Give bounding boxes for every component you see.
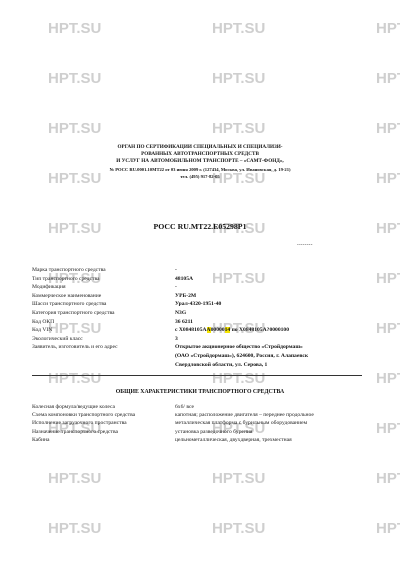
characteristics-row-purpose: Назначение транспортного средства устано…: [32, 428, 372, 436]
row-label: Кабина: [32, 436, 175, 444]
row-value: -: [175, 283, 372, 292]
row-label: Шасси транспортного средства: [32, 300, 175, 309]
certificate-number: РОСС RU.МТ22.Е05298Р1: [0, 222, 400, 231]
vehicle-row-type: Тип транспортного средства 48105А: [32, 275, 372, 284]
vehicle-row-okp-code: Код ОКП 36 6211: [32, 318, 372, 327]
section-title: ОБЩИЕ ХАРАКТЕРИСТИКИ ТРАНСПОРТНОГО СРЕДС…: [0, 389, 400, 395]
vehicle-row-brand: Марка транспортного средства -: [32, 266, 372, 275]
row-value: цельнометаллическая, двухдверная, трехме…: [175, 436, 372, 444]
vehicle-row-commercial-name: Коммерческое наименование УРБ-2М: [32, 292, 372, 301]
section-divider: [32, 375, 362, 376]
row-label: Колесная формула/ведущие колеса: [32, 403, 175, 411]
vin-part: с X0848105A: [175, 327, 207, 333]
row-value: -: [175, 266, 372, 275]
row-label: Модификация: [32, 283, 175, 292]
row-label: Марка транспортного средства: [32, 266, 175, 275]
characteristics-row-wheel-formula: Колесная формула/ведущие колеса 6х6/ все: [32, 403, 372, 411]
vehicle-info-table: Марка транспортного средства - Тип транс…: [32, 266, 372, 369]
vin-part: 00000: [211, 327, 225, 333]
row-value: N3G: [175, 309, 372, 318]
row-label: Код VIN: [32, 326, 175, 335]
row-label: Исполнение загрузочного пространства: [32, 419, 175, 427]
row-value: 6х6/ все: [175, 403, 372, 411]
row-label: Экологический класс: [32, 335, 175, 344]
header-line-2: РОВАННЫХ АВТОТРАНСПОРТНЫХ СРЕДСТВ: [60, 151, 340, 158]
row-label: Категория транспортного средства: [32, 309, 175, 318]
row-value: 36 6211: [175, 318, 372, 327]
row-label: Схема компоновки транспортного средства: [32, 411, 175, 419]
characteristics-row-cabin: Кабина цельнометаллическая, двухдверная,…: [32, 436, 372, 444]
row-value: 3: [175, 335, 372, 344]
row-label: Заявитель, изготовитель и его адрес: [32, 343, 175, 369]
document-page: ОРГАН ПО СЕРТИФИКАЦИИ СПЕЦИАЛЬНЫХ И СПЕЦ…: [0, 0, 400, 565]
row-label: Тип транспортного средства: [32, 275, 175, 284]
vehicle-row-vin-code: Код VIN с X0848105AA0000014 по X0848105A…: [32, 326, 372, 335]
row-label: Код ОКП: [32, 318, 175, 327]
row-label: Назначение транспортного средства: [32, 428, 175, 436]
header-line-5: тел. (495) 917-82-05: [60, 173, 340, 180]
characteristics-table: Колесная формула/ведущие колеса 6х6/ все…: [32, 403, 372, 444]
header-line-3: И УСЛУГ НА АВТОМОБИЛЬНОМ ТРАНСПОРТЕ – «С…: [60, 158, 340, 165]
applicant-line: Свердловской области, ул. Серова, 1: [175, 361, 372, 370]
characteristics-row-cargo: Исполнение загрузочного пространства мет…: [32, 419, 372, 427]
row-value: капотная; расположение двигателя – перед…: [175, 411, 372, 419]
row-value: Урал-4320-1951-40: [175, 300, 372, 309]
vehicle-row-applicant: Заявитель, изготовитель и его адрес Откр…: [32, 343, 372, 369]
row-value: УРБ-2М: [175, 292, 372, 301]
row-value-vin: с X0848105AA0000014 по X0848105A?0000100: [175, 326, 372, 335]
row-value: металлическая платформа с бурильным обор…: [175, 419, 372, 427]
row-label: Коммерческое наименование: [32, 292, 175, 301]
applicant-line: Открытое акционерное общество «Стройдорм…: [175, 343, 372, 352]
row-value: установка разведочного бурения: [175, 428, 372, 436]
row-value-applicant: Открытое акционерное общество «Стройдорм…: [175, 343, 372, 369]
certification-body-header: ОРГАН ПО СЕРТИФИКАЦИИ СПЕЦИАЛЬНЫХ И СПЕЦ…: [60, 144, 340, 180]
vehicle-row-category: Категория транспортного средства N3G: [32, 309, 372, 318]
vin-part: по X0848105A?0000100: [230, 327, 289, 333]
vehicle-row-eco-class: Экологический класс 3: [32, 335, 372, 344]
applicant-line: (ОАО «Стройдормаш»), 624600, Россия, г. …: [175, 352, 372, 361]
row-value: 48105А: [175, 275, 372, 284]
vehicle-row-modification: Модификация -: [32, 283, 372, 292]
vehicle-row-chassis: Шасси транспортного средства Урал-4320-1…: [32, 300, 372, 309]
dotted-placeholder: --------: [297, 243, 313, 248]
header-line-4: № РОСС RU.0001.10МТ22 от 03 июня 2009 г.…: [60, 166, 340, 173]
header-line-1: ОРГАН ПО СЕРТИФИКАЦИИ СПЕЦИАЛЬНЫХ И СПЕЦ…: [60, 144, 340, 151]
characteristics-row-layout: Схема компоновки транспортного средства …: [32, 411, 372, 419]
